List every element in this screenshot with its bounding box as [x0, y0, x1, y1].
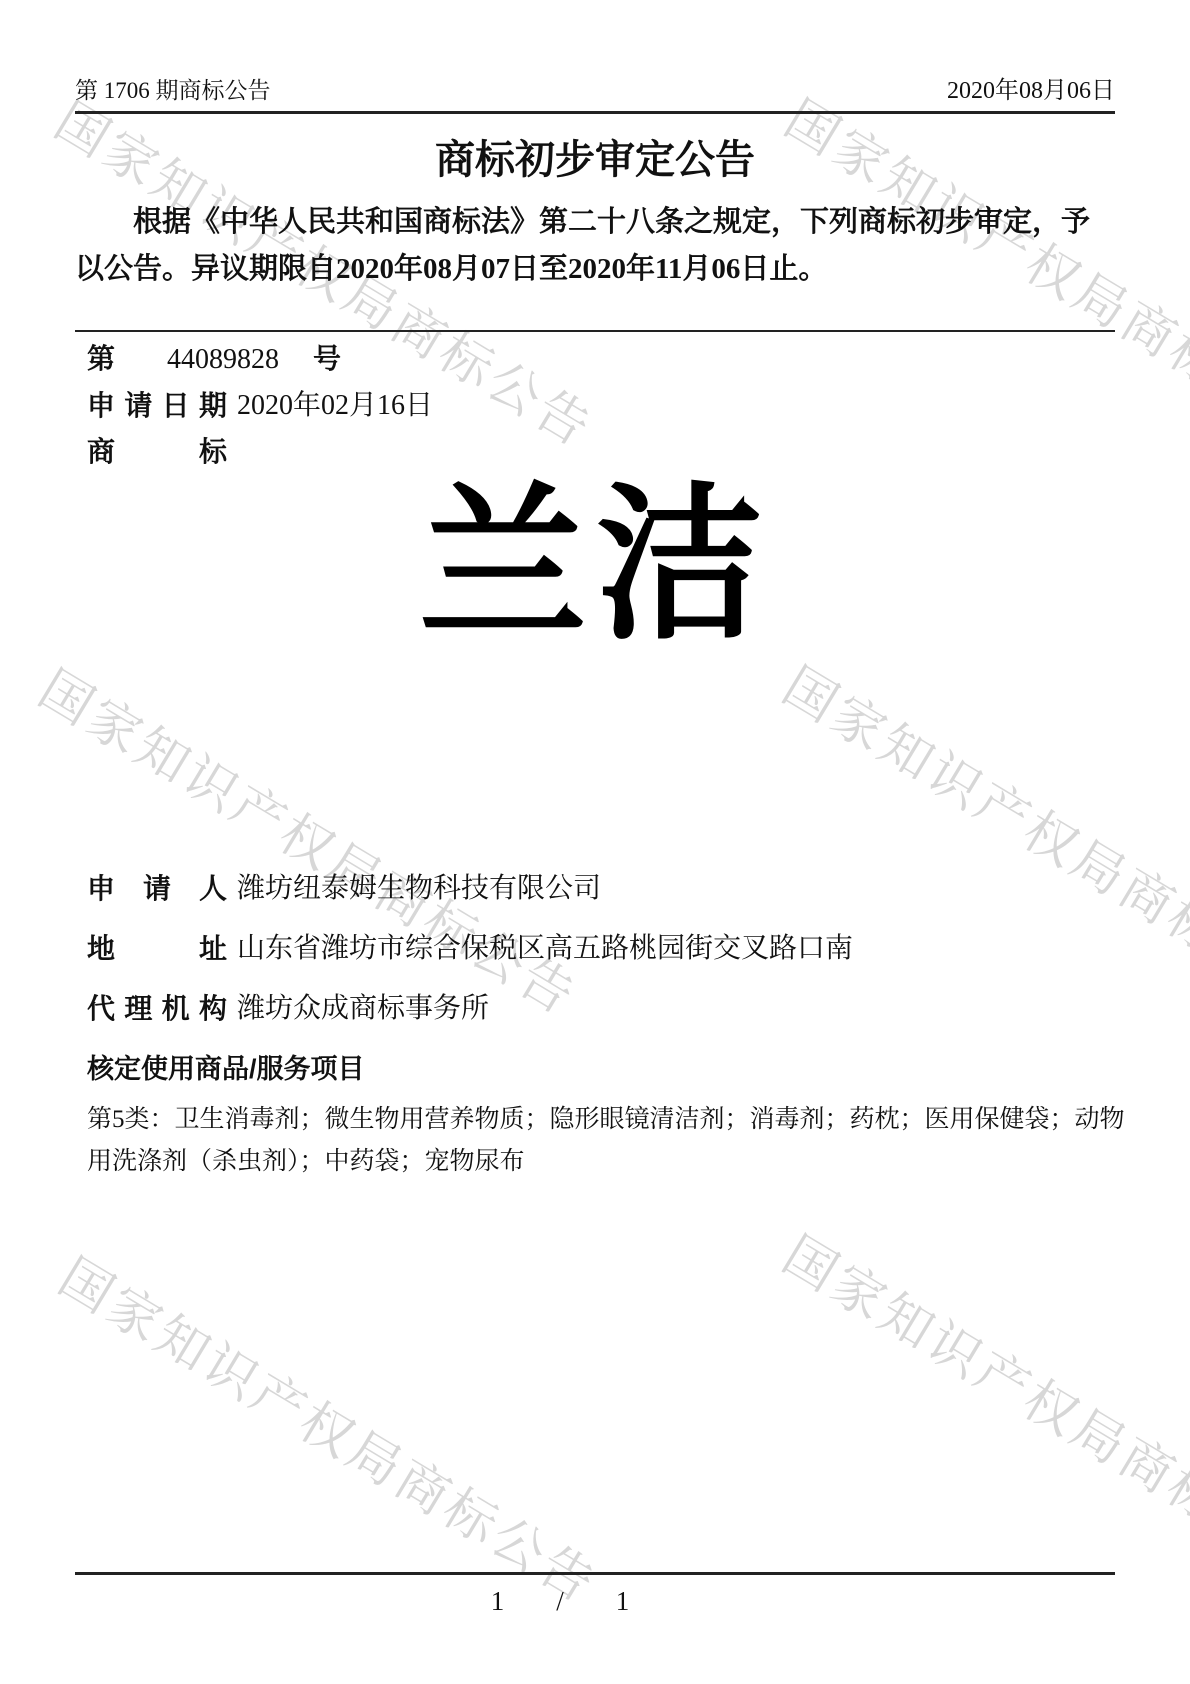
address-row: 地址 山东省潍坊市综合保税区高五路桃园街交叉路口南	[87, 932, 1117, 966]
watermark-text: 国家知识产权局商标公告	[47, 1236, 614, 1618]
intro-line: 根据《中华人民共和国商标法》第二十八条之规定，下列商标初步审定，予	[75, 199, 1120, 246]
gazette-issue-label: 第 1706 期商标公告	[75, 72, 271, 105]
registration-number-suffix: 号	[313, 342, 341, 376]
intro-paragraph: 根据《中华人民共和国商标法》第二十八条之规定，下列商标初步审定，予 以公告。异议…	[75, 199, 1120, 293]
document-title: 商标初步审定公告	[0, 128, 1190, 185]
gazette-date: 2020年08月06日	[947, 70, 1115, 105]
application-date-row: 申请日期 2020年02月16日	[87, 389, 433, 423]
current-page: 1	[491, 1586, 505, 1616]
goods-line: 第5类：卫生消毒剂；微生物用营养物质；隐形眼镜清洁剂；消毒剂；药枕；医用保健袋；…	[87, 1099, 1117, 1141]
footer-divider	[75, 1572, 1115, 1575]
registration-number: 44089828	[167, 343, 279, 377]
trademark-label: 商标	[87, 435, 227, 469]
address-value: 山东省潍坊市综合保税区高五路桃园街交叉路口南	[237, 933, 853, 964]
agency-row: 代理机构 潍坊众成商标事务所	[87, 992, 1117, 1026]
page-header: 第 1706 期商标公告 2020年08月06日	[75, 70, 1115, 105]
goods-line: 用洗涤剂（杀虫剂）；中药袋；宠物尿布	[87, 1141, 1117, 1183]
applicant-row: 申请人 潍坊纽泰姆生物科技有限公司	[87, 872, 1117, 906]
registration-number-prefix: 第	[87, 343, 115, 374]
trademark-image: 兰洁	[0, 465, 1190, 665]
trademark-label-row: 商标	[87, 435, 433, 469]
agency-label: 代理机构	[87, 992, 227, 1026]
registration-number-row: 第 44089828 号	[87, 342, 433, 377]
applicant-label: 申请人	[87, 872, 227, 906]
page-number: 1/1	[0, 1586, 1120, 1617]
agency-value: 潍坊众成商标事务所	[237, 993, 489, 1024]
applicant-value: 潍坊纽泰姆生物科技有限公司	[237, 873, 601, 904]
goods-services-heading: 核定使用商品/服务项目	[87, 1052, 1117, 1086]
watermark-text: 国家知识产权局商标公告	[771, 1214, 1190, 1596]
page-separator: /	[556, 1586, 564, 1616]
header-divider	[75, 111, 1115, 114]
registration-fields: 第 44089828 号 申请日期 2020年02月16日 商标	[87, 342, 433, 481]
section-divider	[75, 330, 1115, 332]
applicant-block: 申请人 潍坊纽泰姆生物科技有限公司 地址 山东省潍坊市综合保税区高五路桃园街交叉…	[87, 872, 1117, 1183]
total-pages: 1	[616, 1586, 630, 1616]
application-date-value: 2020年02月16日	[237, 390, 433, 421]
application-date-label: 申请日期	[87, 389, 227, 423]
gazette-page: 国家知识产权局商标公告 国家知识产权局商标公告 国家知识产权局商标公告 国家知识…	[0, 0, 1190, 1684]
goods-services-list: 第5类：卫生消毒剂；微生物用营养物质；隐形眼镜清洁剂；消毒剂；药枕；医用保健袋；…	[87, 1099, 1117, 1183]
intro-line: 以公告。异议期限自2020年08月07日至2020年11月06日止。	[75, 246, 1120, 293]
address-label: 地址	[87, 932, 227, 966]
